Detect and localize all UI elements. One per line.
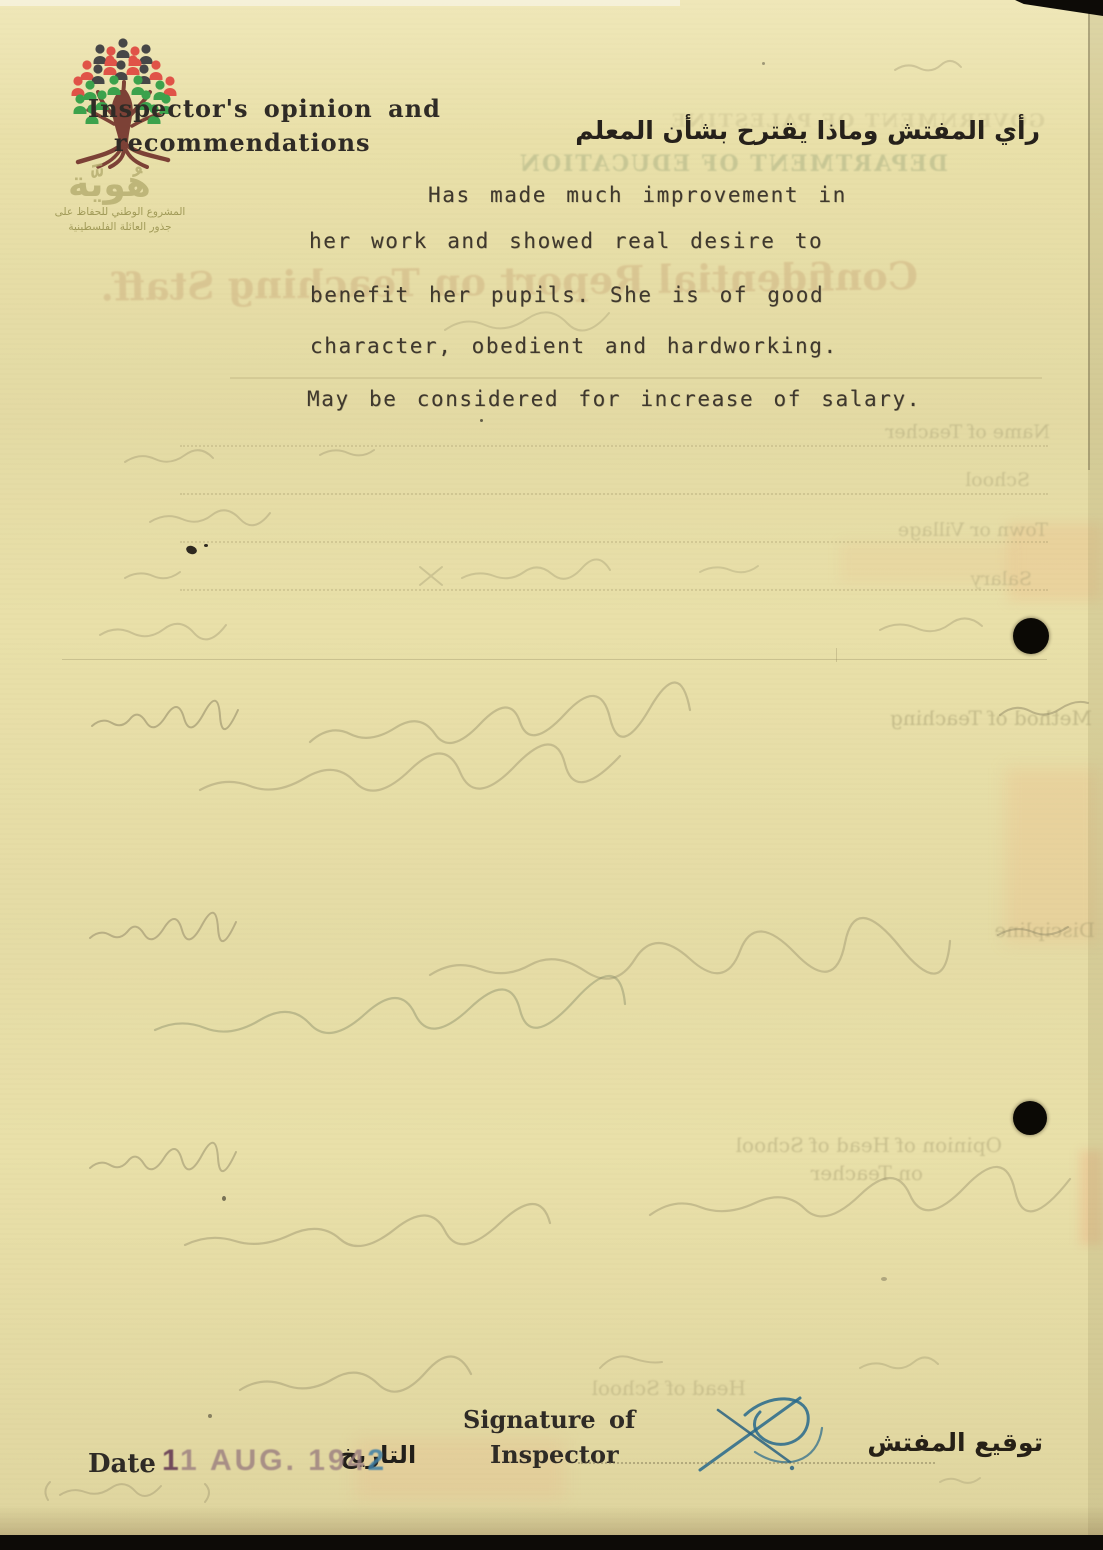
bleedthrough-field-salary: Salary bbox=[962, 568, 1032, 590]
ink-speck bbox=[762, 62, 765, 65]
bleedthrough-field-town-or-village: Town or Village bbox=[908, 519, 1048, 541]
date-stamp-last-digit: 2 bbox=[367, 1444, 387, 1477]
scan-right-crease bbox=[1088, 0, 1090, 470]
ink-speck bbox=[881, 1277, 887, 1281]
bleedthrough-rule bbox=[180, 445, 1048, 447]
bleedthrough-field-discipline: Discipline bbox=[950, 918, 1095, 942]
bleedthrough-rule bbox=[62, 659, 1047, 660]
bleedthrough-head-signature: Head of School bbox=[546, 1376, 746, 1400]
typed-remark-line: character, obedient and hardworking. bbox=[310, 334, 838, 358]
bleedthrough-opinion-line1: Opinion of Head of School bbox=[740, 1133, 1002, 1157]
logo-watermark: هُويَّة bbox=[68, 164, 151, 205]
scanned-document-page: GOVERNMENT OF PALESTINE DEPARTMENT OF ED… bbox=[0, 0, 1103, 1550]
typed-remark-line: May be considered for increase of salary… bbox=[307, 387, 921, 411]
typed-remark-line: Has made much improvement in bbox=[428, 183, 847, 207]
typed-remark-line: her work and showed real desire to bbox=[309, 229, 823, 253]
scan-edge-top-right-black bbox=[1015, 0, 1103, 16]
date-label: Date bbox=[88, 1449, 156, 1479]
bleedthrough-rule bbox=[180, 493, 1048, 495]
bleedthrough-rule bbox=[836, 648, 837, 662]
section-title-en-line1: Inspector's opinion and bbox=[88, 94, 441, 123]
ink-speck bbox=[208, 1414, 212, 1418]
typed-remark-line: benefit her pupils. She is of good bbox=[310, 283, 824, 307]
ink-blot bbox=[185, 544, 198, 555]
ink-speck bbox=[222, 1196, 226, 1201]
hole-punch-bottom bbox=[1013, 1101, 1047, 1135]
bleedthrough-opinion-line2: on Teacher bbox=[798, 1161, 923, 1185]
inspector-signature-label-line1: Signature of bbox=[463, 1405, 635, 1434]
bleedthrough-field-school: School bbox=[955, 469, 1030, 491]
logo-org-line2: جذور العائلة الفلسطينية bbox=[54, 221, 186, 233]
bleedthrough-field-name-of-teacher: Name of Teacher bbox=[905, 421, 1050, 443]
bleedthrough-rule bbox=[180, 541, 1048, 543]
bleedthrough-title-rule bbox=[230, 377, 1042, 379]
hole-punch-top bbox=[1013, 618, 1049, 654]
scan-right-band bbox=[1088, 0, 1103, 1550]
section-title-ar: رأي المفتش وماذا يقترح بشأن المعلم bbox=[660, 116, 1040, 145]
scan-tint-patch bbox=[1005, 768, 1100, 943]
logo-org-line1: المشروع الوطني للحفاظ على bbox=[54, 206, 186, 218]
date-stamp-mid: 1 AUG. 194 bbox=[180, 1444, 367, 1477]
scan-edge-top-strip bbox=[0, 0, 680, 6]
date-stamp: 11 AUG. 1942 bbox=[162, 1444, 387, 1478]
bleedthrough-rule bbox=[180, 589, 1048, 591]
scan-edge-bottom-black bbox=[0, 1535, 1103, 1550]
bleedthrough-field-method-of-teaching: Method of Teaching bbox=[922, 706, 1092, 730]
bleedthrough-department-line: DEPARTMENT OF EDUCATION bbox=[638, 151, 948, 177]
date-stamp-digit: 1 bbox=[162, 1444, 180, 1477]
ink-speck bbox=[204, 544, 208, 547]
section-title-en-line2: recommendations bbox=[114, 128, 371, 157]
scan-bottom-shade bbox=[0, 1505, 1103, 1536]
ink-speck bbox=[480, 419, 483, 422]
inspector-signature-label-ar: توقيع المفتش bbox=[938, 1428, 1043, 1457]
